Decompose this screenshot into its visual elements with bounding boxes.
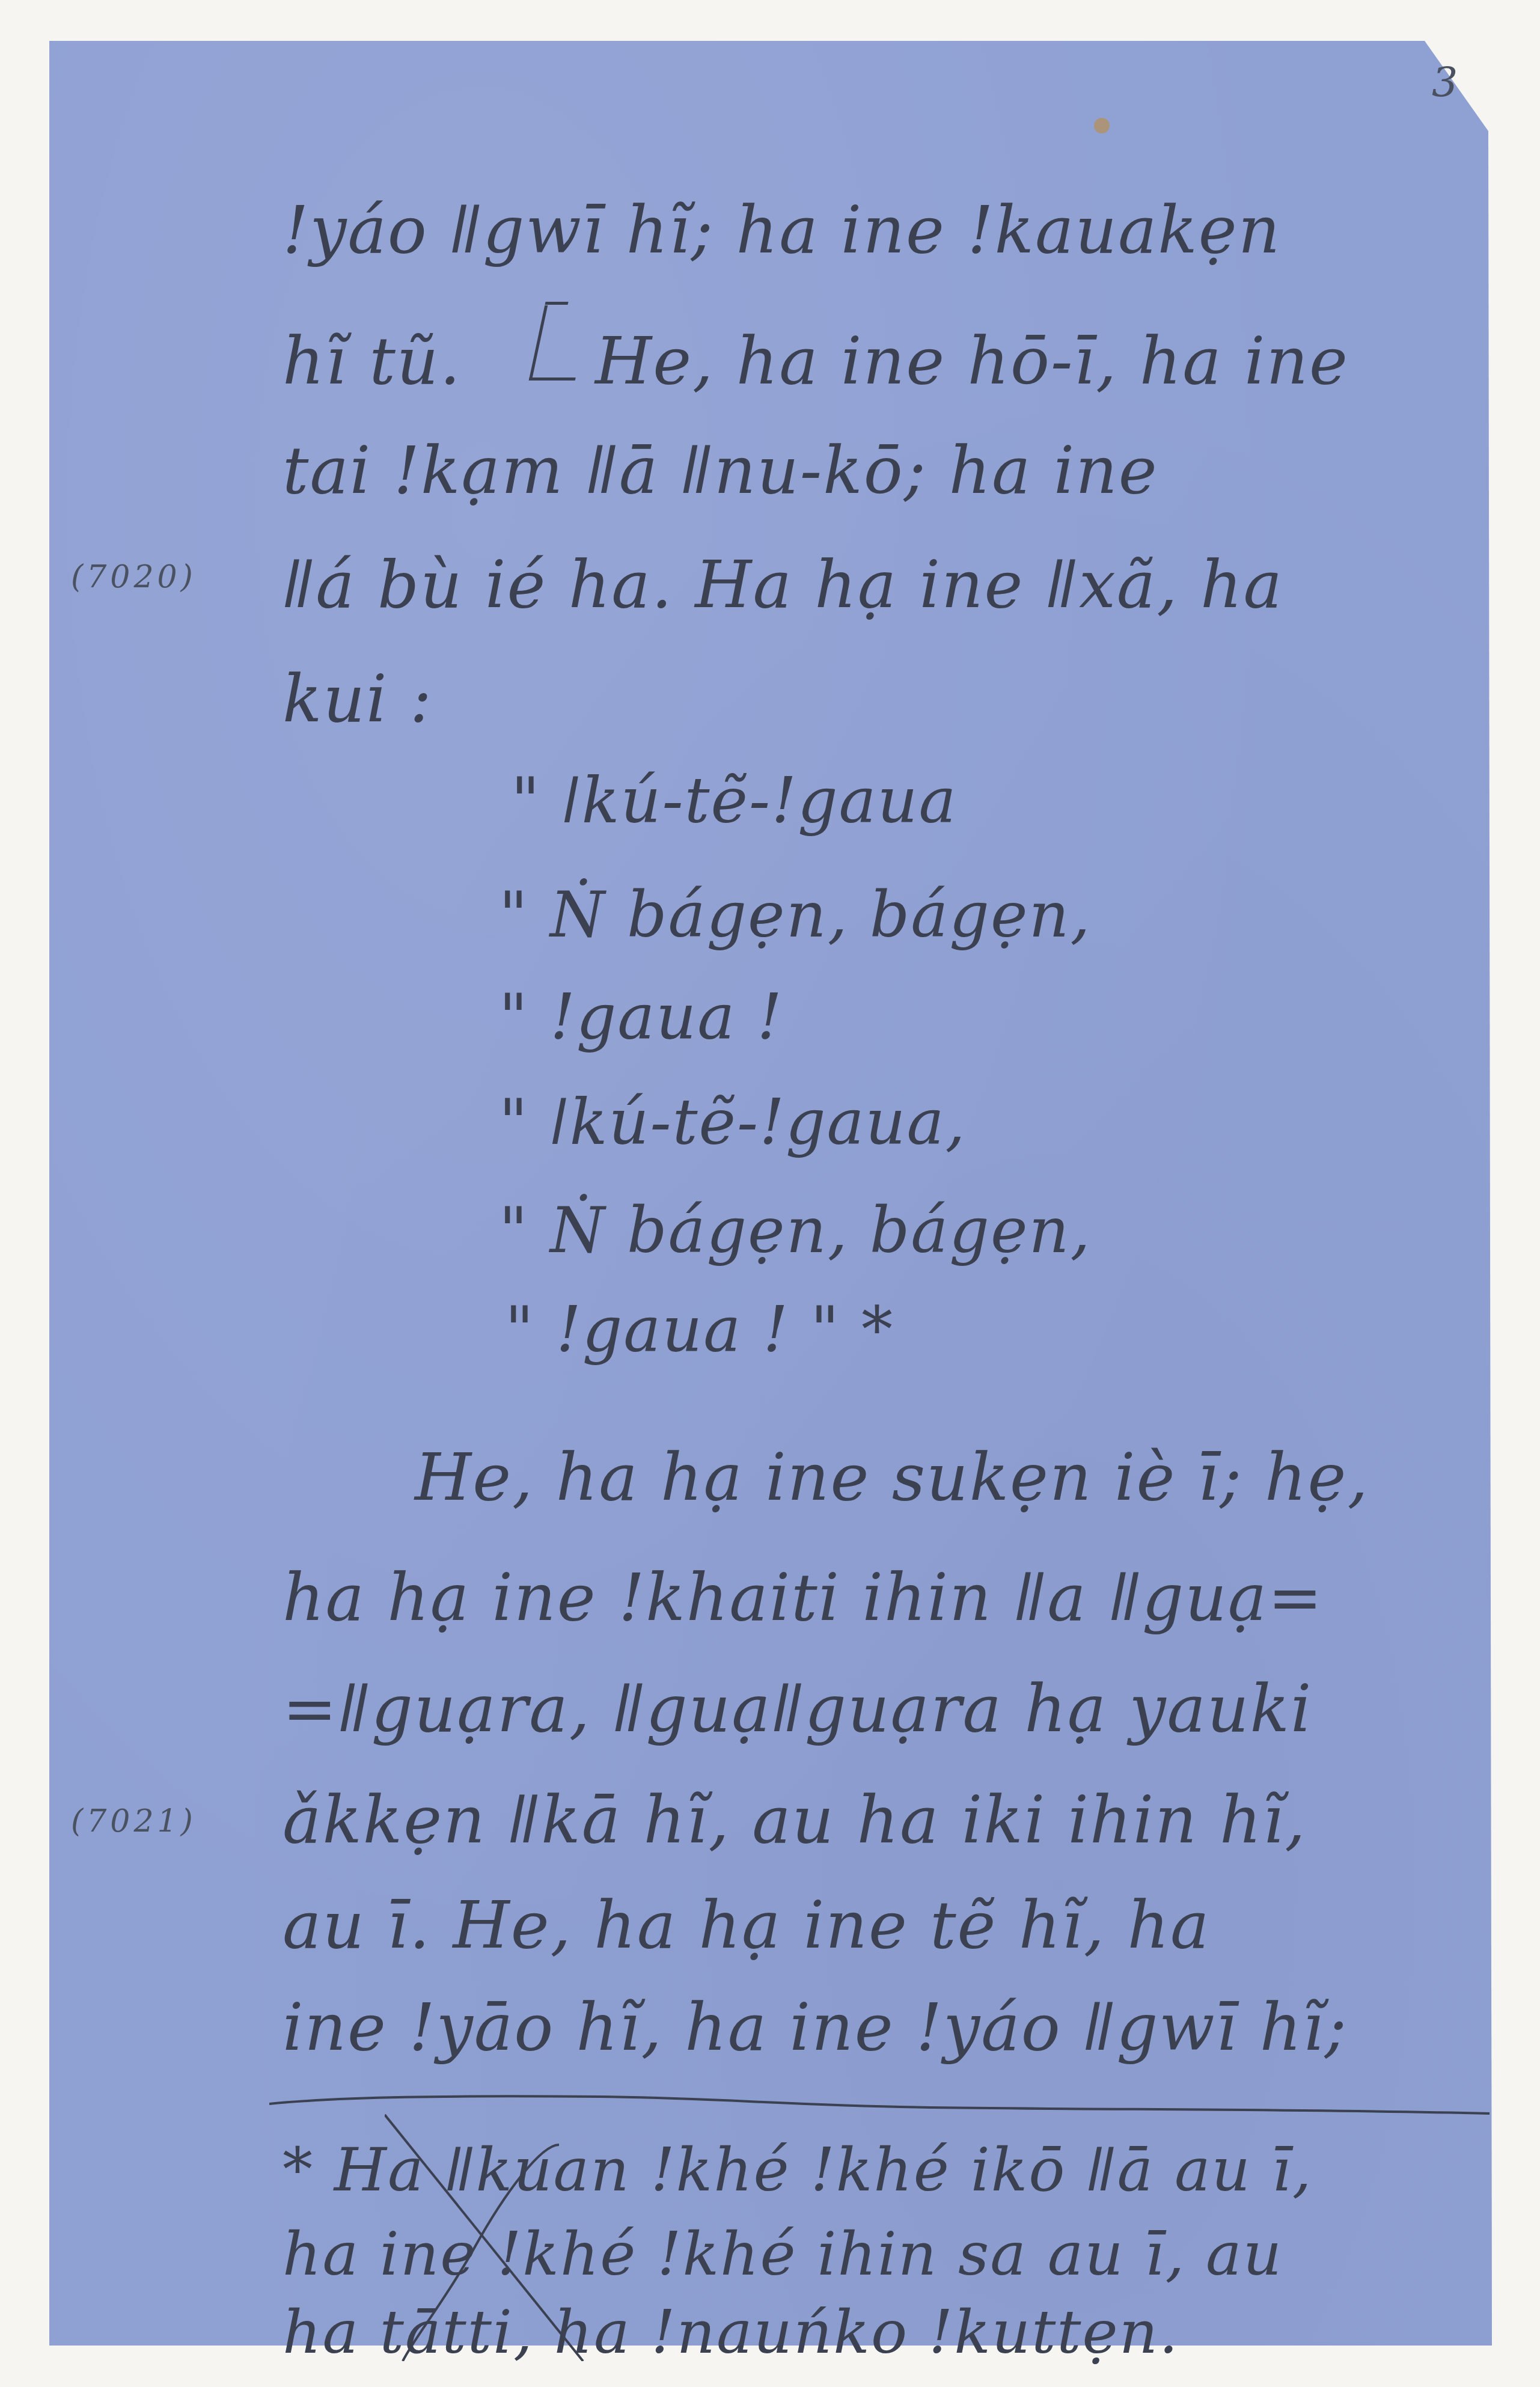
paragraph2-line-4: ǎkkẹn ǁkā hĩ, au ha iki ihin hĩ,	[283, 1788, 1307, 1853]
paragraph2-line-5: au ī. He, ha hạ ine tẽ hĩ, ha	[283, 1893, 1210, 1958]
paragraph2-line-3: =ǁguạra, ǁguạǁguạra hạ yauki	[283, 1677, 1312, 1742]
paragraph1-line-2b: He, ha ine hō-ī, ha ine	[595, 329, 1349, 394]
crossout-mark	[385, 2109, 697, 2361]
verse-line-4: " ǀkú-tẽ-!gaua,	[499, 1091, 967, 1154]
verse-line-2: " Ṅ bágẹn, bágẹn,	[499, 884, 1092, 946]
paragraph1-line-4: ǁá bù ié ha. Ha hạ ine ǁxã, ha	[283, 553, 1283, 618]
paragraph2-line-1: He, ha hạ ine sukẹn iè ī; hẹ,	[415, 1446, 1369, 1511]
verse-line-5: " Ṅ bágẹn, bágẹn,	[499, 1199, 1092, 1262]
paragraph1-line-5: kui :	[283, 667, 433, 732]
paragraph1-line-2a: hĩ tũ.	[283, 329, 462, 394]
paragraph1-line-1: !yáo ǁgwī hĩ; ha ine !kauakẹn	[283, 198, 1281, 263]
verse-line-3: " !gaua !	[499, 986, 783, 1048]
paragraph2-line-6: ine !yāo hĩ, ha ine !yáo ǁgwī hĩ;	[283, 1996, 1348, 2061]
page-number: 3	[1432, 59, 1459, 106]
paragraph2-line-2: ha hạ ine !khaiti ihin ǁa ǁguạ=	[283, 1566, 1324, 1631]
margin-reference-7020: (7020)	[71, 559, 197, 595]
verse-line-6: " !gaua ! " *	[505, 1298, 894, 1361]
verse-line-1: " ǀkú-tẽ-!gaua	[511, 769, 958, 832]
paper-stain	[1094, 118, 1110, 133]
margin-reference-7021: (7021)	[71, 1803, 197, 1839]
paragraph1-line-3: tai !kạm ǁā ǁnu-kō; ha ine	[283, 439, 1158, 504]
